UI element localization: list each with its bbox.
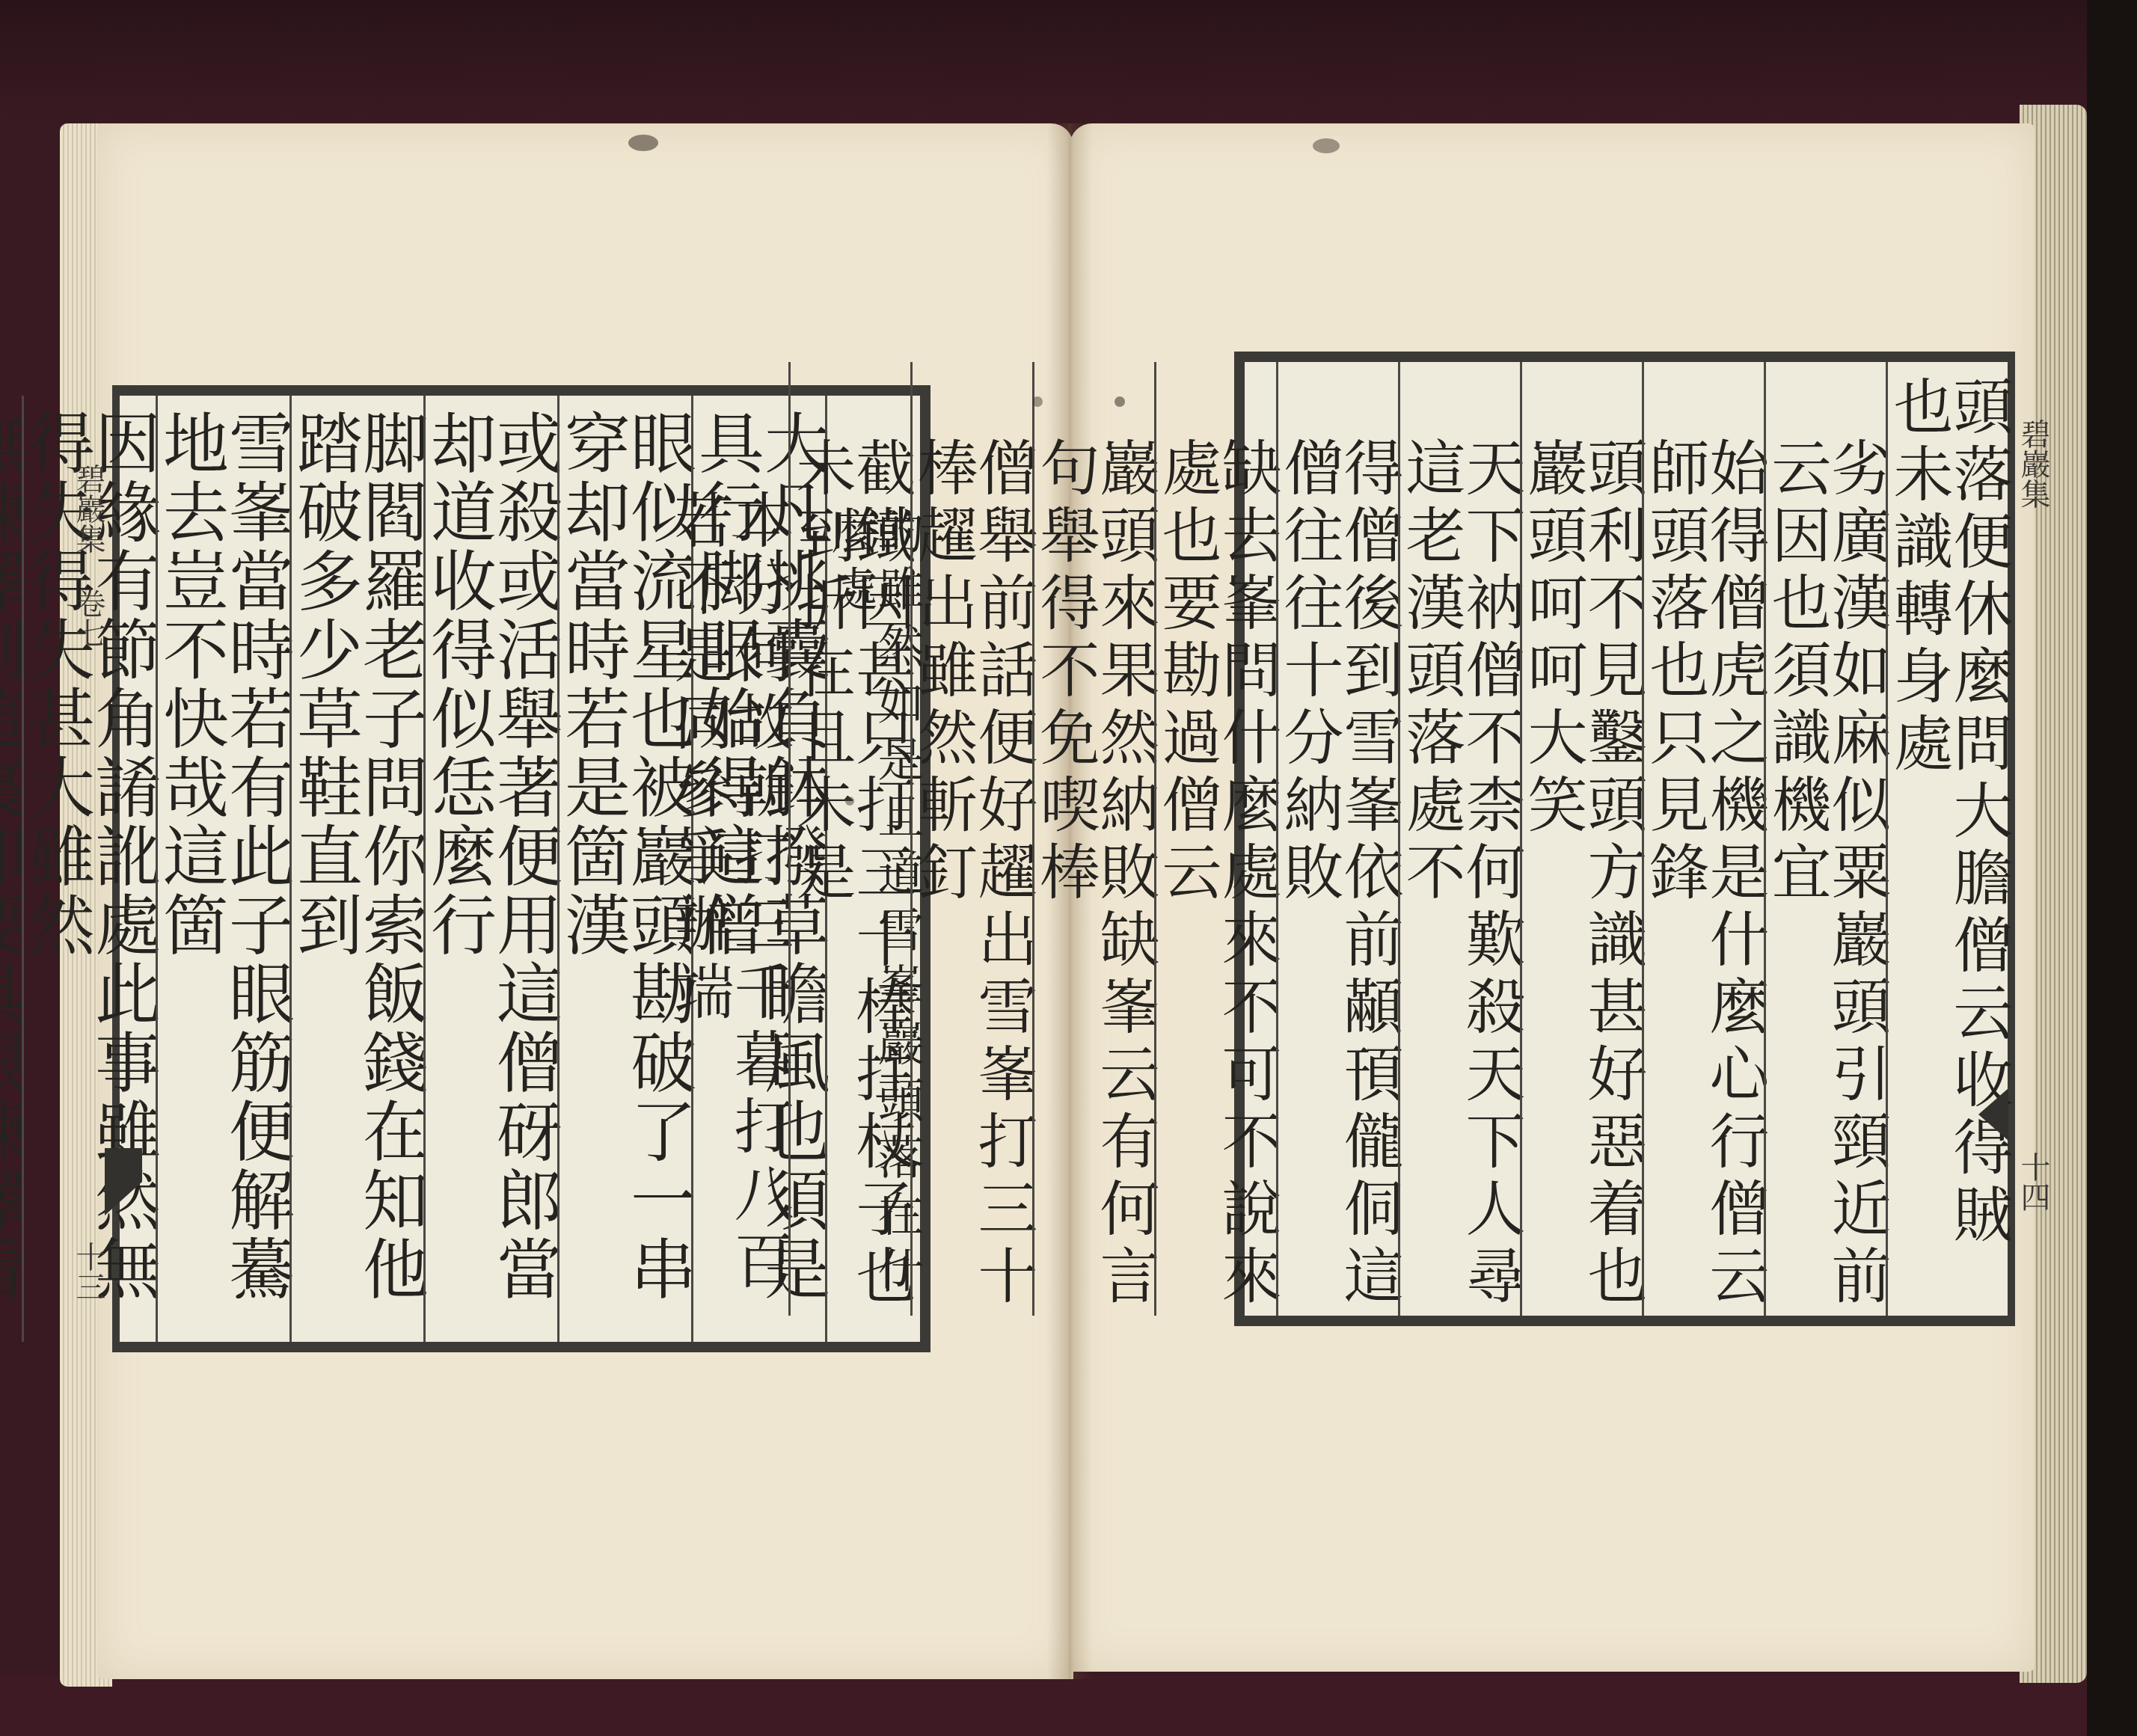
dark-background-right	[2087, 0, 2137, 1736]
right-margin-title: 碧巖集	[2012, 419, 2055, 509]
wormhole	[845, 797, 854, 806]
paper-stain	[1313, 138, 1340, 153]
text-column: 缺去峯問什麼處來不可不說來處也要勘過僧云	[1154, 362, 1276, 1316]
left-margin-title: 碧巖集 卷七	[67, 464, 110, 648]
wormhole	[1032, 396, 1043, 407]
text-column: 始得僧虎之機是什麼心行僧云師頭落也只見鋒	[1642, 362, 1764, 1316]
text-column: 雪峯當時若有此子眼筋便解驀地去豈不快哉這箇	[156, 396, 289, 1342]
text-column: 天下衲僧不柰何歎殺天下人尋這老漢頭落處不	[1398, 362, 1520, 1316]
right-text-frame: 頭落便休麼問大膽僧云收得賊也未識轉身處 劣廣漢如麻似粟巖頭引頸近前云因也須識機宜…	[1234, 352, 2015, 1326]
text-column: 僧舉前話便好趯出雪峯打三十棒趯出雖然斬釘	[910, 362, 1032, 1316]
cloth-background-top	[0, 0, 2137, 127]
text-column: 巖頭來果然納敗缺峯云有何言句舉得不免喫棒	[1032, 362, 1154, 1316]
right-folio-number: 十四	[2012, 1152, 2055, 1212]
text-column: 得僧後到雪峯依前顢頇儱侗這僧往往十分納敗	[1276, 362, 1398, 1316]
cloth-background-bottom	[0, 1675, 2137, 1736]
text-column: 截鐵因甚只打三十棒拄杖子也未到折在且未是	[788, 362, 910, 1316]
text-column: 脚閻羅老子問你索飯錢在知他踏破多少草鞋直到	[289, 396, 423, 1342]
text-column: 或殺或活舉著便用這僧砑郎當却道收得似恁麼行	[423, 396, 557, 1342]
paper-stain	[628, 135, 658, 151]
text-column: 頭利不見鑿頭方識甚好惡着也巖頭呵呵大笑	[1520, 362, 1642, 1316]
text-column: 本分何故朝打三千暮打八百若不是同參爭辦端	[669, 362, 788, 1316]
right-text-columns: 頭落便休麼問大膽僧云收得賊也未識轉身處 劣廣漢如麻似粟巖頭引頸近前云因也須識機宜…	[1245, 362, 2008, 1316]
text-column: 頭落便休麼問大膽僧云收得賊也未識轉身處	[1886, 362, 2008, 1316]
text-column: 劣廣漢如麻似粟巖頭引頸近前云因也須識機宜	[1764, 362, 1886, 1316]
left-folio-number: 十三	[67, 1242, 110, 1301]
wormhole	[1115, 396, 1125, 407]
